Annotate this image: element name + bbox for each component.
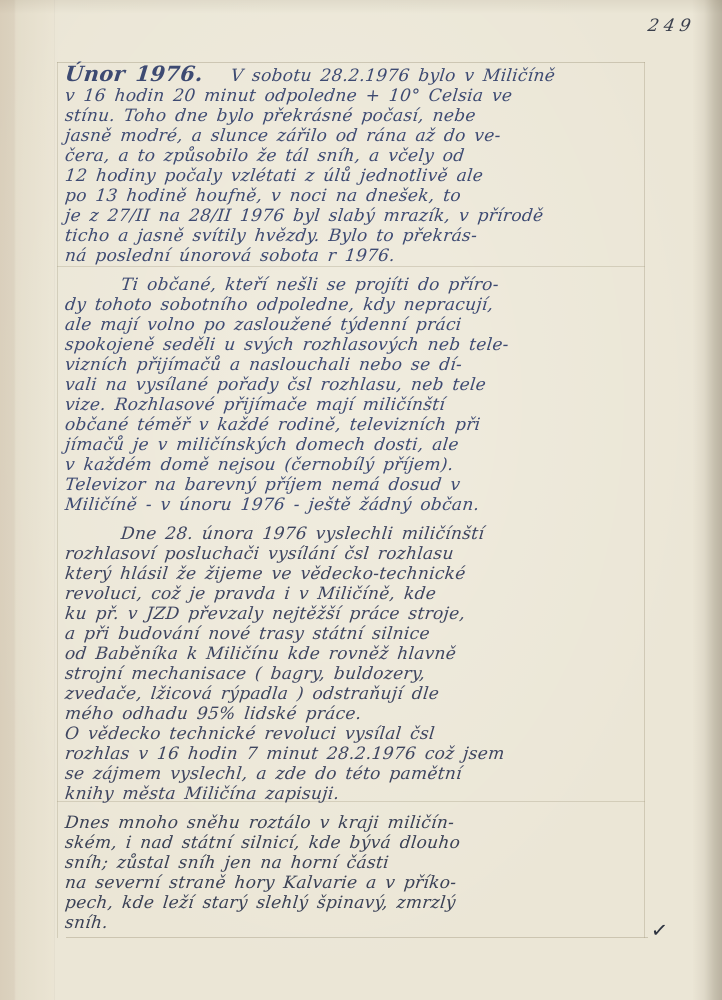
handwritten-line: spokojeně seděli u svých rozhlasových ne… (64, 335, 666, 355)
handwritten-line: občané téměř v každé rodině, televizních… (64, 415, 666, 435)
handwritten-line: Ti občané, kteří nešli se projíti do pří… (64, 275, 666, 295)
handwritten-line: od Baběníka k Miličínu kde rovněž hlavně (64, 644, 666, 664)
handwritten-line: na severní straně hory Kalvarie a v přík… (64, 873, 666, 893)
page-binding-fold (0, 0, 55, 1000)
handwritten-line: čera, a to způsobilo že tál sníh, a včel… (64, 146, 666, 166)
handwritten-line: je z 27/II na 28/II 1976 byl slabý mrazí… (64, 206, 666, 226)
handwritten-line: ticho a jasně svítily hvězdy. Bylo to př… (64, 226, 666, 246)
page-number: 249 (646, 16, 697, 36)
handwritten-line: ském, i nad státní silnicí, kde bývá dlo… (64, 833, 666, 853)
handwritten-line: rozhlas v 16 hodin 7 minut 28.2.1976 což… (64, 744, 666, 764)
handwritten-line: strojní mechanisace ( bagry, buldozery, (64, 664, 666, 684)
handwritten-line: stínu. Toho dne bylo překrásné počasí, n… (64, 106, 666, 126)
paragraph: Dne 28. února 1976 vyslechli miličínštír… (64, 524, 664, 804)
handwritten-line: pech, kde leží starý slehlý špinavý, zmr… (64, 893, 666, 913)
handwritten-line: který hlásil že žijeme ve vědecko-techni… (64, 564, 666, 584)
handwritten-line: ku př. v JZD převzaly nejtěžší práce str… (64, 604, 666, 624)
ruled-line-left (57, 62, 58, 938)
handwritten-line: mého odhadu 95% lidské práce. (64, 704, 666, 724)
handwritten-line: O vědecko technické revoluci vysílal čsl (64, 724, 666, 744)
month-heading: Únor 1976. (64, 61, 232, 86)
handwritten-line: Miličíně - v únoru 1976 - ještě žádný ob… (64, 495, 666, 515)
checkmark-icon: ✓ (650, 917, 669, 943)
handwritten-line: vali na vysílané pořady čsl rozhlasu, ne… (64, 375, 666, 395)
handwritten-line: sníh; zůstal sníh jen na horní části (64, 853, 666, 873)
page-edge-shadow (692, 0, 722, 1000)
chronicle-page-scan: 249 Únor 1976.V sobotu 28.2.1976 bylo v … (0, 0, 722, 1000)
handwritten-line: po 13 hodině houfně, v noci na dnešek, t… (64, 186, 666, 206)
handwritten-line: Dne 28. února 1976 vyslechli miličínští (64, 524, 666, 544)
handwritten-line: rozhlasoví posluchači vysílání čsl rozhl… (64, 544, 666, 564)
handwritten-line: ale mají volno po zasloužené týdenní prá… (64, 315, 666, 335)
handwritten-line: zvedače, lžicová rýpadla ) odstraňují dl… (64, 684, 666, 704)
handwritten-line: se zájmem vyslechl, a zde do této pamětn… (64, 764, 666, 784)
handwritten-line: v 16 hodin 20 minut odpoledne + 10° Cels… (64, 86, 666, 106)
handwritten-line: Dnes mnoho sněhu roztálo v kraji miličín… (64, 813, 666, 833)
handwritten-line: a při budování nové trasy státní silnice (64, 624, 666, 644)
paragraph: Ti občané, kteří nešli se projíti do pří… (64, 275, 664, 515)
paragraph: Dnes mnoho sněhu roztálo v kraji miličín… (64, 813, 664, 933)
handwritten-line: 12 hodiny počaly vzlétati z úlů jednotli… (64, 166, 666, 186)
handwritten-line: jasně modré, a slunce zářilo od rána až … (64, 126, 666, 146)
handwritten-line: jímačů je v miličínských domech dosti, a… (64, 435, 666, 455)
handwritten-line: dy tohoto sobotního odpoledne, kdy nepra… (64, 295, 666, 315)
handwritten-text-block: Únor 1976.V sobotu 28.2.1976 bylo v Mili… (64, 64, 664, 933)
handwritten-line: Únor 1976.V sobotu 28.2.1976 bylo v Mili… (64, 64, 666, 86)
handwritten-line: knihy města Miličína zapisuji. (64, 784, 666, 804)
handwritten-line: vize. Rozhlasové přijímače mají miličínš… (64, 395, 666, 415)
handwritten-line: Televizor na barevný příjem nemá dosud v (64, 475, 666, 495)
handwritten-line: vizních přijímačů a naslouchali nebo se … (64, 355, 666, 375)
handwritten-line: v každém domě nejsou (černobílý příjem). (64, 455, 666, 475)
paragraph: Únor 1976.V sobotu 28.2.1976 bylo v Mili… (64, 64, 664, 266)
handwritten-line-text: V sobotu 28.2.1976 bylo v Miličíně (230, 66, 556, 86)
ruled-line-bottom (66, 937, 648, 938)
handwritten-line: sníh. (64, 913, 666, 933)
handwritten-line: ná poslední únorová sobota r 1976. (64, 246, 666, 266)
handwritten-line: revoluci, což je pravda i v Miličíně, kd… (64, 584, 666, 604)
